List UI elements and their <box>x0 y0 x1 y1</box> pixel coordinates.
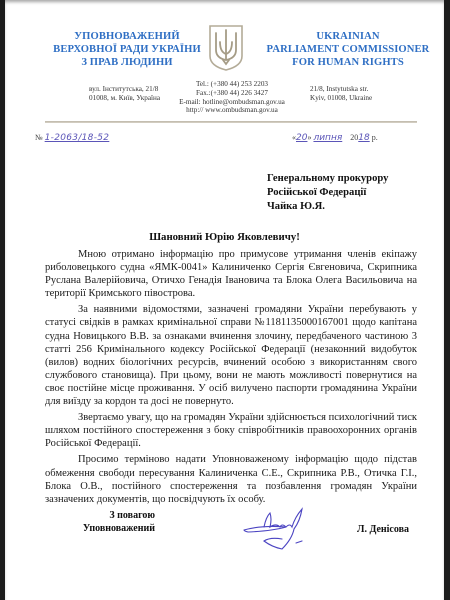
letterhead-ua-line-1: УПОВНОВАЖЕНИЙ <box>37 30 217 43</box>
address-english: 21/8, Instytutska str. Kyiv, 01008, Ukra… <box>310 85 372 103</box>
body-paragraph-2: За наявними відомостями, зазначені грома… <box>45 303 417 408</box>
letterhead-ukrainian-title: УПОВНОВАЖЕНИЙ ВЕРХОВНОЇ РАДИ УКРАЇНИ З П… <box>37 30 217 69</box>
letter-page: УПОВНОВАЖЕНИЙ ВЕРХОВНОЇ РАДИ УКРАЇНИ З П… <box>5 0 444 600</box>
date-suffix: р. <box>372 133 378 142</box>
address-en-line-2: Kyiv, 01008, Ukraine <box>310 94 372 103</box>
letterhead-ua-line-2: ВЕРХОВНОЇ РАДИ УКРАЇНИ <box>37 43 217 56</box>
contact-fax: Fax.:(+380 44) 226 3427 <box>175 89 289 98</box>
body-paragraph-1: Мною отримано інформацію про примусове у… <box>45 248 417 300</box>
addressee-line-2: Російської Федерації <box>267 186 388 200</box>
addressee-block: Генеральному прокурору Російської Федера… <box>267 172 388 214</box>
letterhead-divider <box>45 121 417 123</box>
address-en-line-1: 21/8, Instytutska str. <box>310 85 372 94</box>
address-ua-line-1: вул. Інститутська, 21/8 <box>89 85 160 94</box>
date-day: 20 <box>296 133 307 143</box>
trident-coat-of-arms-icon <box>208 24 244 71</box>
letter-date: «20» липня 2018 р. <box>292 133 378 143</box>
contact-info: Tel.: (+380 44) 253 2203 Fax.:(+380 44) … <box>175 80 289 115</box>
number-sign: № <box>35 133 43 142</box>
date-year-suffix: 18 <box>358 133 369 143</box>
letterhead-en-line-2: PARLIAMENT COMMISSIONER <box>253 43 443 56</box>
letterhead-ua-line-3: З ПРАВ ЛЮДИНИ <box>37 56 217 69</box>
date-close-quote: » <box>307 133 311 142</box>
letter-body: Мною отримано інформацію про примусове у… <box>45 248 417 509</box>
letterhead-en-line-1: UKRAINIAN <box>253 30 443 43</box>
addressee-line-3: Чайка Ю.Я. <box>267 200 388 214</box>
body-paragraph-4: Просимо терміново надати Уповноваженому … <box>45 453 417 505</box>
contact-email: E-mail: hotline@ombudsman.gov.ua <box>175 98 289 107</box>
contact-website: http:// www.ombudsman.gov.ua <box>175 106 289 115</box>
salutation: Шановний Юрію Яковлевичу! <box>5 231 444 243</box>
letterhead-english-title: UKRAINIAN PARLIAMENT COMMISSIONER FOR HU… <box>253 30 443 69</box>
body-paragraph-3: Звертаємо увагу, що на громадян України … <box>45 411 417 450</box>
registration-number-value: 1-2063/18-52 <box>45 133 110 143</box>
letterhead-en-line-3: FOR HUMAN RIGHTS <box>253 56 443 69</box>
handwritten-signature-icon <box>242 505 322 553</box>
closing-block: З повагою Уповноважений <box>45 510 155 535</box>
closing-line-1: З повагою <box>45 510 155 523</box>
addressee-line-1: Генеральному прокурору <box>267 172 388 186</box>
closing-line-2: Уповноважений <box>45 523 155 536</box>
signer-name: Л. Денісова <box>357 524 409 535</box>
address-ua-line-2: 01008, м. Київ, Україна <box>89 94 160 103</box>
contact-phone: Tel.: (+380 44) 253 2203 <box>175 80 289 89</box>
registration-number: № 1-2063/18-52 <box>35 133 109 143</box>
date-month: липня <box>313 133 342 143</box>
address-ukrainian: вул. Інститутська, 21/8 01008, м. Київ, … <box>89 85 160 103</box>
